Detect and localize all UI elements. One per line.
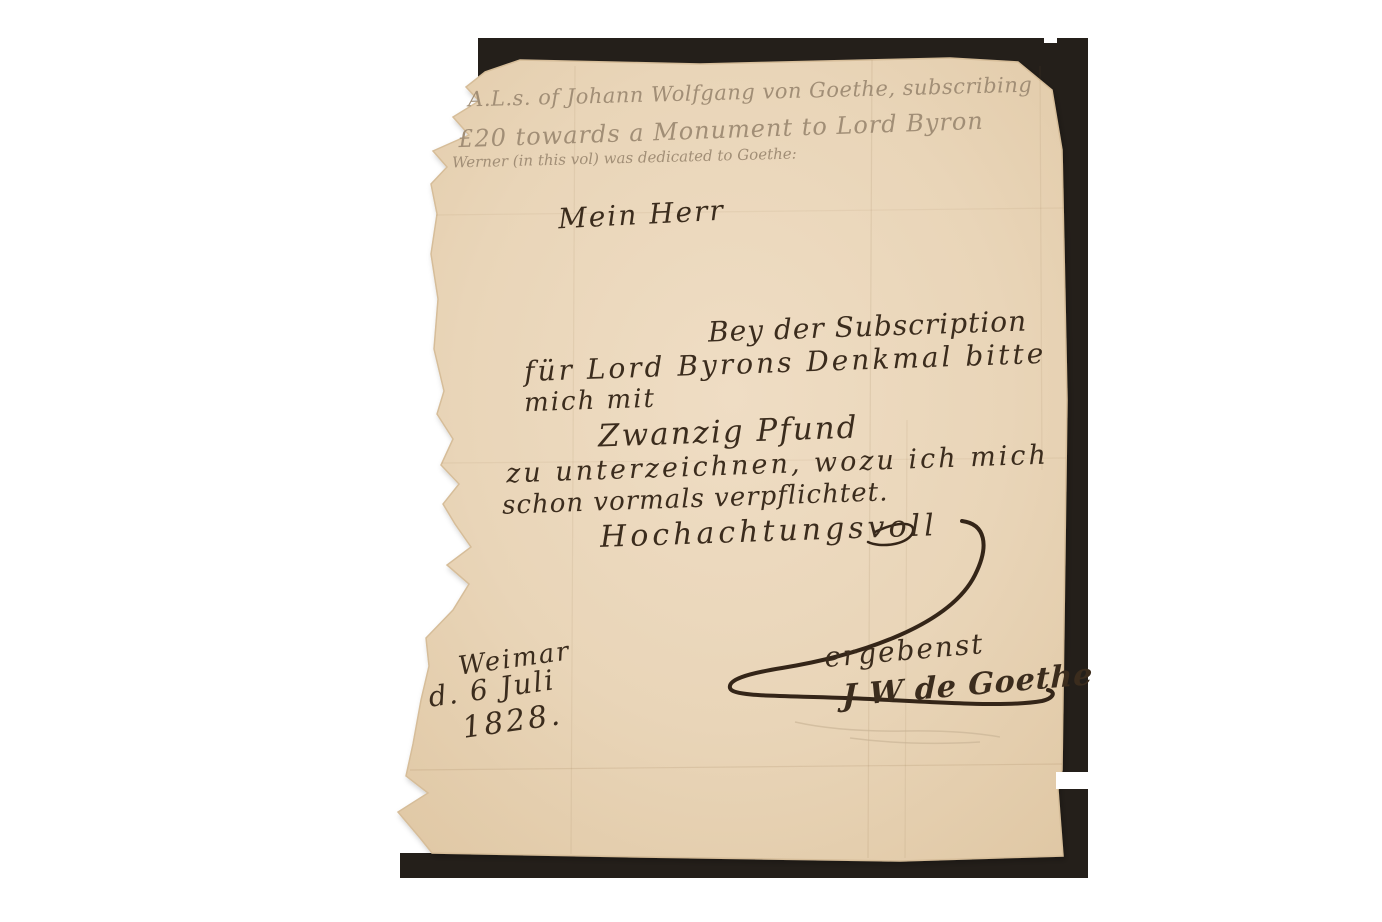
mat-top-notch	[1044, 34, 1057, 43]
letter-artwork	[0, 0, 1382, 922]
photo-of-letter: A.L.s. of Johann Wolfgang von Goethe, su…	[0, 0, 1382, 922]
mat-right-notch	[1056, 772, 1094, 789]
paper-sheet	[398, 58, 1067, 861]
